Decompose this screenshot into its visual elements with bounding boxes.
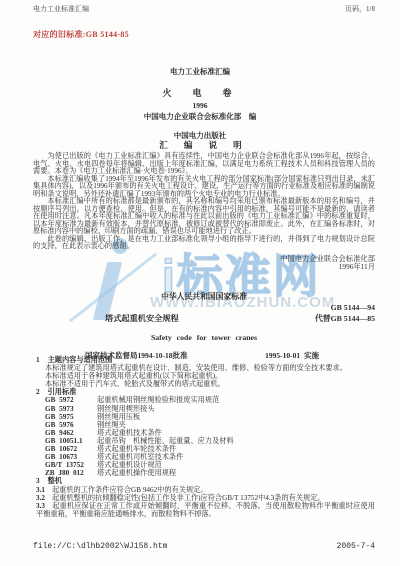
section-number: 2 [36,388,40,396]
reference-name: 钢丝绳夹 [97,421,126,429]
reference-item: GB 5975钢丝绳用压板 [33,413,375,421]
reference-item: ZB J80 012塔式起重机操作使用规程 [33,469,375,477]
document-page: i标准网 WWW.IBIAOZHUN.COM 电力工业标准汇编 页码，1/8 对… [0,0,400,566]
section-number: 1 [36,356,40,364]
reference-item: GB/T 13752塔式起重机设计规范 [33,461,375,469]
reference-code: GB 9462 [45,429,97,437]
reference-code: GB/T 13752 [45,461,97,469]
reference-item: GB 10672塔式起重机车轮技术条件 [33,445,375,453]
national-standard-label: 中华人民共和国国家标准 [33,291,375,302]
volume-title: 火 电 卷 [0,86,400,99]
page-header: 电力工业标准汇编 页码，1/8 [33,4,375,14]
signature-date: 1996年11月 [33,263,375,272]
footer-date: 2005-7-4 [337,542,375,551]
standard-title-row: 塔式起重机安全规程 代替GB 5144—85 [33,313,375,324]
section-line: 本标准不适用于汽车式、轮胎式及履带式的塔式起重机。 [33,380,375,388]
reference-name: 塔式起重机技术条件 [97,429,162,437]
clause-item: 3.3起重机应保证在正常工作或开始倾翻时，平衡重不位移、不脱落。当使用散粒物料作… [33,502,375,518]
clause-text: 起重机整机的抗倾翻稳定性(包括工作及非工作)应符合GB/T 13752中4.3条… [52,494,325,502]
clause-number: 3.3 [36,502,45,510]
clause-text: 起重机的工作条件应符合GB 9462中的有关规定。 [52,486,208,494]
reference-code: GB 10672 [45,445,97,453]
clause-number: 3.2 [36,494,45,502]
section-1-lines: 本标准规定了建筑用塔式起重机在设计、制造、安装使用、维修、检验等方面的安全技术要… [33,364,375,388]
preface-paragraph: 此卷的编辑、出版工作，是在电力工业部标准化领导小组的指导下进行的，并得到了电力规… [33,236,375,251]
preface-paragraph: 本标准汇编中所有的标准都是最新颁布的，其名称和编号均采用已颁布标准最新版本的用名… [33,198,375,236]
clause-list: 3.1起重机的工作条件应符合GB 9462中的有关规定。 3.2起重机整机的抗倾… [33,486,375,518]
section-3: 3整机 3.1起重机的工作条件应符合GB 9462中的有关规定。 3.2起重机整… [33,477,375,517]
reference-name: 塔式起重机司机室技术条件 [97,453,183,461]
standard-code: GB 5144—94 [33,303,375,312]
reference-name: 起重吊钩 机械性能、起重量、应力及材料 [97,437,234,445]
clause-item: 3.2起重机整机的抗倾翻稳定性(包括工作及非工作)应符合GB/T 13752中4… [33,494,375,502]
reference-item: GB 5972起重机械用钢丝绳检验和报废实用规范 [33,396,375,404]
section-1: 1主题内容与适用范围 本标准规定了建筑用塔式起重机在设计、制造、安装使用、维修、… [33,356,375,388]
reference-item: GB 10051.1起重吊钩 机械性能、起重量、应力及材料 [33,437,375,445]
preface-signature: 中国电力企业联合会标准化部 1996年11月 [33,255,375,272]
standard-head: 中华人民共和国国家标准 GB 5144—94 塔式起重机安全规程 代替GB 51… [33,291,375,361]
header-doc-title: 电力工业标准汇编 [33,4,89,14]
reference-item: GB 9462塔式起重机技术条件 [33,429,375,437]
clause-number: 3.1 [36,486,45,494]
reference-list: GB 5972起重机械用钢丝绳检验和报废实用规范 GB 5973钢丝绳用楔形接头… [33,396,375,477]
reference-code: GB 10051.1 [45,437,97,445]
reference-name: 塔式起重机车轮技术条件 [97,445,176,453]
reference-item: GB 5973钢丝绳用楔形接头 [33,405,375,413]
reference-name: 起重机械用钢丝绳检验和报废实用规范 [97,396,219,404]
section-title: 整机 [48,477,62,485]
preface-paragraph: 为使已出版的《电力工业标准汇编》具有连续性，中国电力企业联合会标准化部从1996… [33,153,375,176]
reference-code: GB 5975 [45,413,97,421]
title-block: 电力工业标准汇编 火 电 卷 1996 中国电力企业联合会标准化部 编 中国电力… [0,66,400,141]
standard-replaces: 代替GB 5144—85 [315,313,375,324]
section-title: 主题内容与适用范围 [48,356,113,364]
reference-code: GB 10673 [45,453,97,461]
standard-title-cn: 塔式起重机安全规程 [33,313,179,324]
preface-paragraph: 本标准汇编收集了1994年至1996年发布的有关火电工程的部分国家标准(部分国家… [33,176,375,199]
footer-file-url: file://C:\dlhb2002\WJ158.htm [33,542,167,551]
preface-title: 汇 编 说 明 [33,139,375,151]
reference-item: GB 5976钢丝绳夹 [33,421,375,429]
reference-name: 钢丝绳用压板 [97,413,140,421]
reference-item: GB 10673塔式起重机司机室技术条件 [33,453,375,461]
standard-body: 1主题内容与适用范围 本标准规定了建筑用塔式起重机在设计、制造、安装使用、维修、… [33,356,375,518]
old-standard-note: 对应的旧标准:GB 5144-85 [33,29,129,40]
standard-title-en: Safety code for tower cranes [33,333,375,342]
series-title: 电力工业标准汇编 [0,66,400,77]
clause-item: 3.1起重机的工作条件应符合GB 9462中的有关规定。 [33,486,375,494]
reference-name: 钢丝绳用楔形接头 [97,405,155,413]
section-2: 2引用标准 GB 5972起重机械用钢丝绳检验和报废实用规范 GB 5973钢丝… [33,388,375,477]
section-title: 引用标准 [48,388,77,396]
section-number: 3 [36,477,40,485]
reference-name: 塔式起重机操作使用规程 [97,469,176,477]
section-heading: 1主题内容与适用范围 [33,356,375,364]
reference-code: GB 5973 [45,405,97,413]
section-line: 本标准规定了建筑用塔式起重机在设计、制造、安装使用、维修、检验等方面的安全技术要… [33,364,375,372]
preface-paragraphs: 为使已出版的《电力工业标准汇编》具有连续性，中国电力企业联合会标准化部从1996… [33,153,375,251]
preface: 汇 编 说 明 为使已出版的《电力工业标准汇编》具有连续性，中国电力企业联合会标… [33,139,375,272]
section-heading: 3整机 [33,477,375,485]
page-footer: file://C:\dlhb2002\WJ158.htm 2005-7-4 [33,542,375,551]
editor-line: 中国电力企业联合会标准化部 编 [0,111,400,122]
header-page-number: 页码，1/8 [345,4,375,14]
reference-code: GB 5976 [45,421,97,429]
reference-code: GB 5972 [45,396,97,404]
signature-org: 中国电力企业联合会标准化部 [33,255,375,264]
volume-year: 1996 [0,101,400,110]
clause-text: 起重机应保证在正常工作或开始倾翻时，平衡重不位移、不脱落。当使用散粒物料作平衡重… [36,502,375,518]
